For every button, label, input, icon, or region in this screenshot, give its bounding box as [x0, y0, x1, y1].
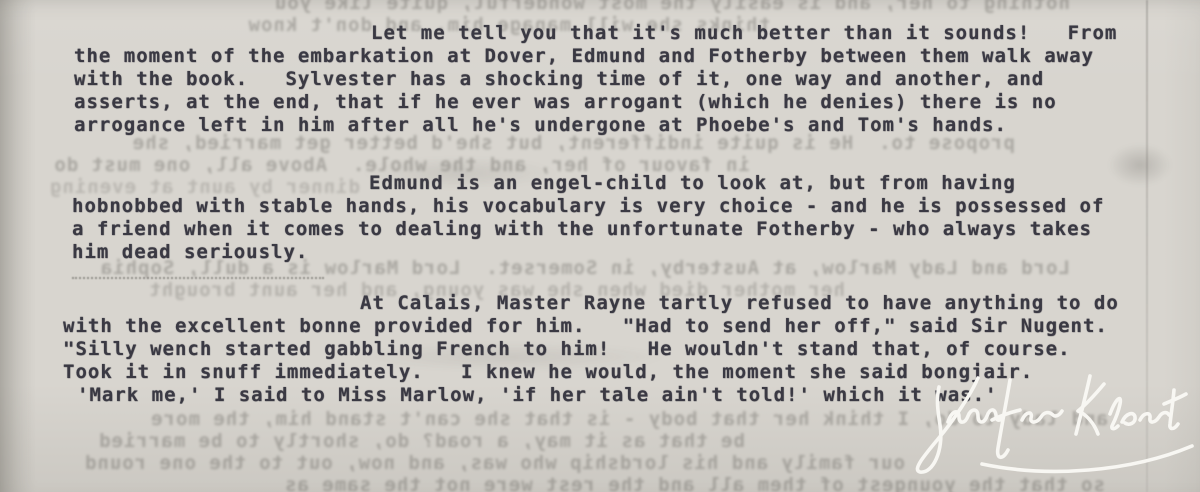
ghost-bleedthrough-line: be that as it may, a road? do, shortly t… — [95, 430, 745, 452]
signature-script-drawing — [878, 366, 1200, 492]
typed-line: asserts, at the end, that if he ever was… — [74, 91, 1117, 114]
typed-line: the moment of the embarkation at Dover, … — [74, 45, 1117, 68]
ghost-bleedthrough-line: nothing to her, and is easily the most w… — [270, 0, 1070, 14]
typed-line: At Calais, Master Rayne tartly refused t… — [63, 292, 1119, 315]
typed-line: a friend when it comes to dealing with t… — [72, 218, 1104, 241]
typed-line: Let me tell you that it's much better th… — [74, 22, 1117, 45]
typed-line: "Silly wench started gabbling French to … — [63, 338, 1119, 361]
signature: Jennifer Kloester — [878, 366, 1200, 492]
ghost-underline — [72, 277, 324, 279]
typed-line: hobnobbed with stable hands, his vocabul… — [72, 195, 1104, 218]
typed-line: Edmund is an engel-child to look at, but… — [72, 172, 1104, 195]
typed-line: him dead seriously. — [72, 241, 1104, 264]
paragraph-2: Edmund is an engel-child to look at, but… — [72, 172, 1104, 264]
typed-line: with the book. Sylvester has a shocking … — [74, 68, 1117, 91]
scanned-letter-page: nothing to her, and is easily the most w… — [0, 0, 1200, 492]
paragraph-1: Let me tell you that it's much better th… — [74, 22, 1117, 137]
ink-smudge — [1095, 135, 1185, 195]
typed-line: with the excellent bonne provided for hi… — [63, 315, 1119, 338]
typed-line: arrogance left in him after all he's und… — [74, 114, 1117, 137]
ghost-bleedthrough-line: our family and his lordship who was, and… — [25, 452, 905, 474]
